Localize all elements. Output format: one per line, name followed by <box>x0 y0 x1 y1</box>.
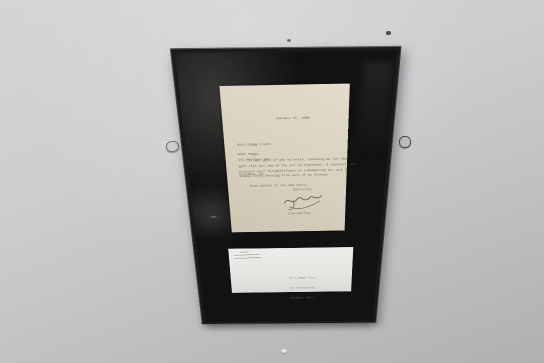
envelope-address-line: Miss Peggy Flynn <box>290 277 316 281</box>
envelope-address-line: 141 Westmoor Rd. <box>290 287 316 291</box>
pencil-note-scribble <box>232 250 265 261</box>
wall-nail-top-right <box>386 31 391 35</box>
picture-frame: January 17, 1960 Miss Peggy Flynn 141 We… <box>170 46 402 325</box>
photo-scene: January 17, 1960 Miss Peggy Flynn 141 We… <box>0 0 544 363</box>
recipient-line: Miss Peggy Flynn <box>237 142 271 148</box>
wall-pin <box>281 349 287 353</box>
wall-clip-right <box>399 136 411 148</box>
envelope-address-line: Columbus, Penna. <box>290 296 316 300</box>
black-mat: January 17, 1960 Miss Peggy Flynn 141 We… <box>175 50 397 321</box>
handwritten-signature-scribble <box>281 191 328 214</box>
letter-salutation: Dear Peggy, <box>238 152 261 158</box>
glass-reflection-speck <box>209 216 218 219</box>
envelope-address: Miss Peggy Flynn 141 Westmoor Rd. Columb… <box>290 270 317 306</box>
wall-clip-left <box>165 140 179 153</box>
letter-date: January 17, 1960 <box>275 116 309 122</box>
letter-body: It was good of you to write, thanking me… <box>238 157 341 180</box>
frame-top-nail <box>287 39 291 42</box>
framed-letter: January 17, 1960 Miss Peggy Flynn 141 We… <box>219 83 349 232</box>
letter-typed-name: Alan Hartley <box>288 211 311 216</box>
framed-envelope: Miss Peggy Flynn 141 Westmoor Rd. Columb… <box>228 247 353 293</box>
body-line: always enjoy hearing from each of my fri… <box>239 173 340 180</box>
